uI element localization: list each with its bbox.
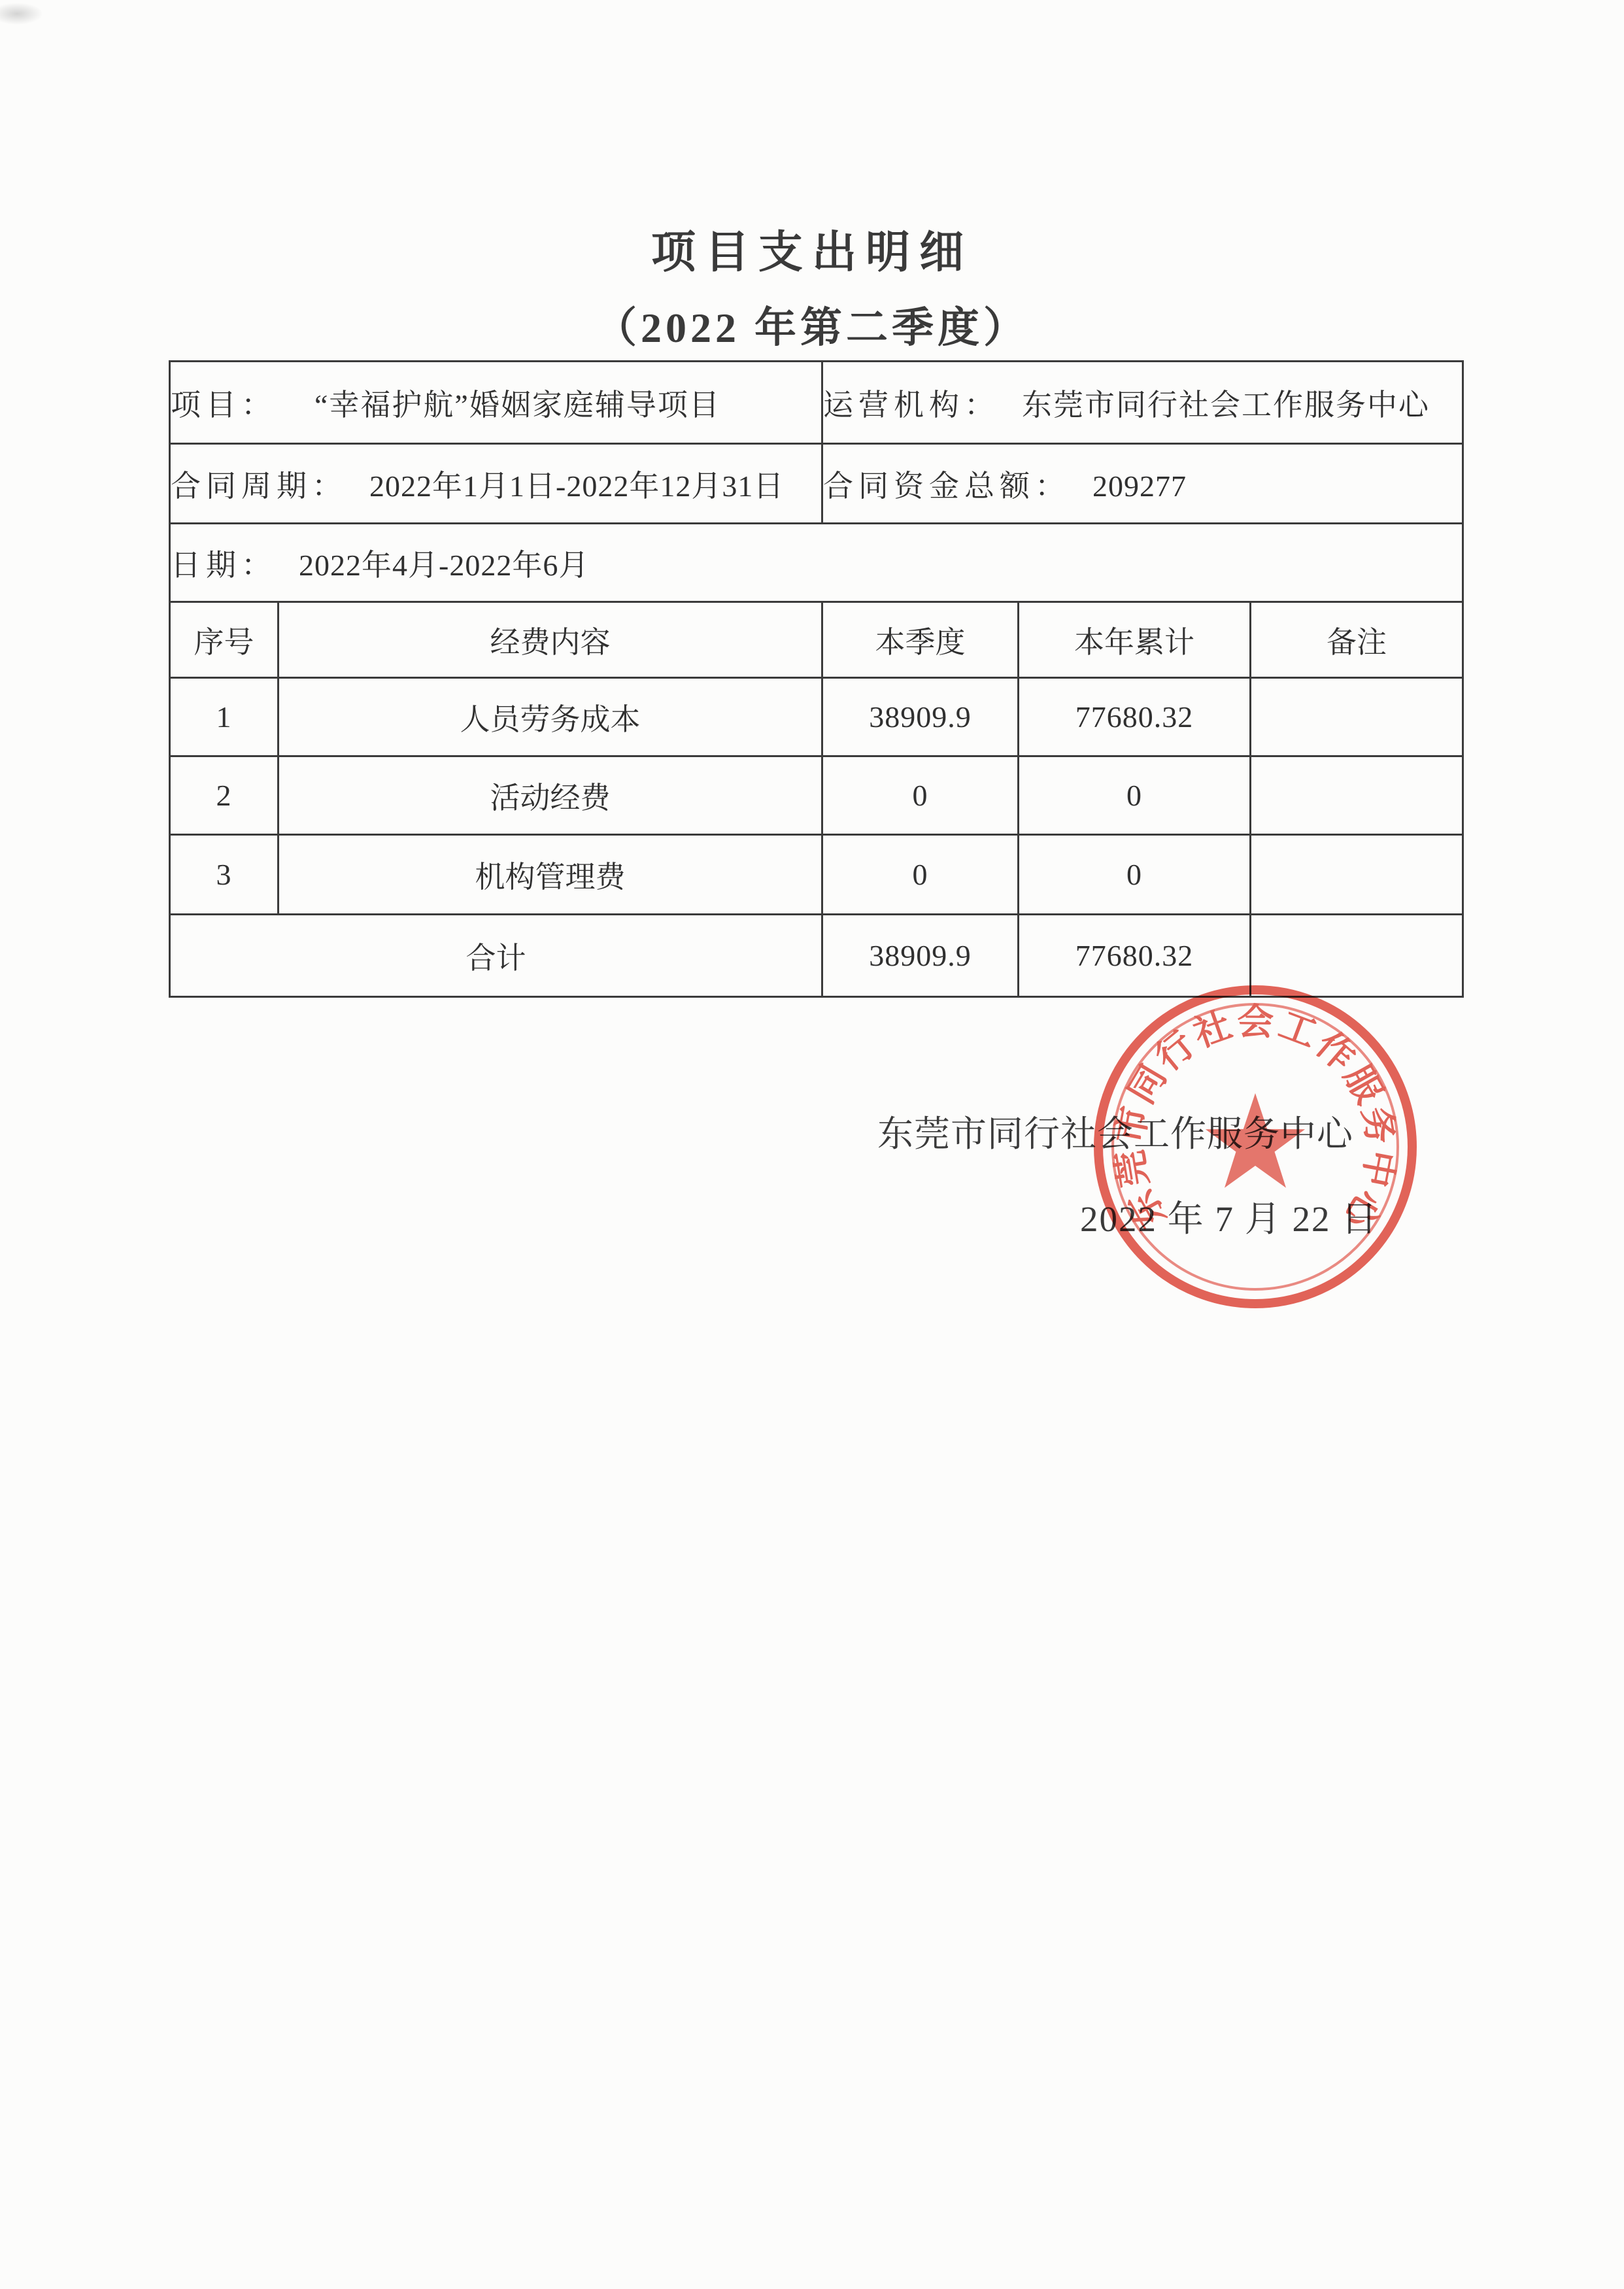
row2-quarter: 0 xyxy=(822,756,1019,835)
row3-no: 3 xyxy=(170,835,279,915)
row2-note xyxy=(1251,756,1463,835)
row1-note xyxy=(1251,678,1463,756)
table-row: 3 机构管理费 0 0 xyxy=(170,835,1463,915)
scan-smudge xyxy=(0,3,43,25)
star-icon xyxy=(1206,1093,1305,1188)
row1-year-total: 77680.32 xyxy=(1019,678,1251,756)
header-cell-note: 备注 xyxy=(1251,602,1463,678)
page-subtitle: （2022 年第二季度） xyxy=(0,294,1624,354)
row3-note xyxy=(1251,835,1463,915)
row1-item: 人员劳务成本 xyxy=(279,678,822,756)
expense-table: 项目：“幸福护航”婚姻家庭辅导项目 运营机构：东莞市同行社会工作服务中心 合同周… xyxy=(169,360,1464,998)
operator-label: 运营机构： xyxy=(823,388,1000,422)
header-cell-no: 序号 xyxy=(170,602,279,678)
header-row: 序号 经费内容 本季度 本年累计 备注 xyxy=(170,602,1463,678)
table-row: 2 活动经费 0 0 xyxy=(170,756,1463,835)
contract-period-value: 2022年1月1日-2022年12月31日 xyxy=(369,469,784,503)
header-cell-year-total: 本年累计 xyxy=(1019,602,1251,678)
scanned-document-page: 项目支出明细 （2022 年第二季度） 项目：“幸福护航”婚姻家庭辅导项目 运营… xyxy=(0,0,1624,2289)
info-row-date: 日期：2022年4月-2022年6月 xyxy=(170,524,1463,602)
date-value: 2022年4月-2022年6月 xyxy=(299,549,589,582)
date-cell: 日期：2022年4月-2022年6月 xyxy=(170,524,1463,602)
info-row-project: 项目：“幸福护航”婚姻家庭辅导项目 运营机构：东莞市同行社会工作服务中心 xyxy=(170,362,1463,444)
row1-quarter: 38909.9 xyxy=(822,678,1019,756)
contract-amount-cell: 合同资金总额：209277 xyxy=(822,444,1463,524)
project-label: 项目： xyxy=(171,388,277,422)
contract-period-cell: 合同周期：2022年1月1日-2022年12月31日 xyxy=(170,444,822,524)
table-row: 1 人员劳务成本 38909.9 77680.32 xyxy=(170,678,1463,756)
row2-item: 活动经费 xyxy=(279,756,822,835)
page-title: 项目支出明细 xyxy=(0,217,1624,280)
contract-period-label: 合同周期： xyxy=(171,469,347,503)
total-label: 合计 xyxy=(170,915,822,997)
operator-cell: 运营机构：东莞市同行社会工作服务中心 xyxy=(822,362,1463,444)
project-cell: 项目：“幸福护航”婚姻家庭辅导项目 xyxy=(170,362,822,444)
header-cell-item: 经费内容 xyxy=(279,602,822,678)
row3-quarter: 0 xyxy=(822,835,1019,915)
date-label: 日期： xyxy=(171,549,277,582)
row2-no: 2 xyxy=(170,756,279,835)
operator-value: 东莞市同行社会工作服务中心 xyxy=(1022,388,1430,422)
header-cell-quarter: 本季度 xyxy=(822,602,1019,678)
contract-amount-value: 209277 xyxy=(1092,469,1187,503)
info-row-contract: 合同周期：2022年1月1日-2022年12月31日 合同资金总额：209277 xyxy=(170,444,1463,524)
row1-no: 1 xyxy=(170,678,279,756)
row2-year-total: 0 xyxy=(1019,756,1251,835)
total-quarter: 38909.9 xyxy=(822,915,1019,997)
contract-amount-label: 合同资金总额： xyxy=(823,469,1070,503)
official-seal: 东莞市同行社会工作服务中心 xyxy=(1084,975,1427,1318)
project-value: “幸福护航”婚姻家庭辅导项目 xyxy=(314,388,720,422)
row3-year-total: 0 xyxy=(1019,835,1251,915)
row3-item: 机构管理费 xyxy=(279,835,822,915)
